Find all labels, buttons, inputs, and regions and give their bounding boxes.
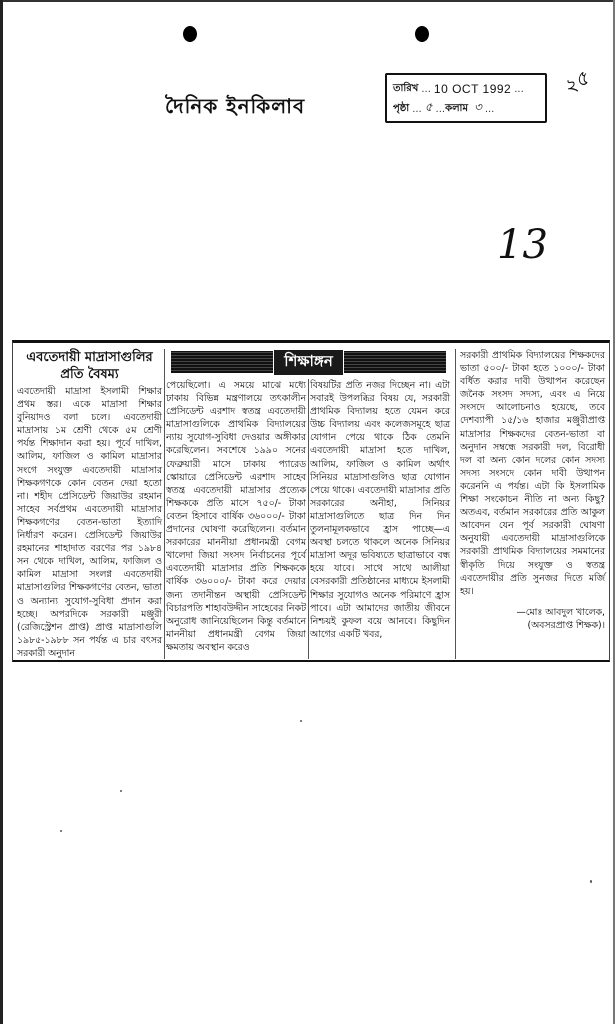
dots: ... [412,104,422,115]
dots: ... [485,104,495,115]
author-name: —মোঃ আবদুল খালেক, [460,606,605,619]
stamp-date-row: তারিখ ... 10 OCT 1992 ... [393,79,539,99]
section-banner: শিক্ষাঙ্গন [171,351,446,373]
dots: ... [514,84,524,95]
dots: ... [421,84,431,95]
stamp-date-label: তারিখ [393,81,418,98]
punch-hole-right [415,26,429,42]
scan-speck [120,790,122,792]
page-edge-top [0,0,615,2]
newspaper-masthead: দৈনিক ইনকিলাব [165,92,305,125]
article-column-3: বিষয়টির প্রতি নজর দিচ্ছেন না। এটা সবারই… [310,379,450,641]
page-edge-left [0,0,3,1024]
stamp-column-value: ৩ [474,99,482,119]
stamp-column-label: কলাম [445,101,468,118]
article-title: এবতেদায়ী মাদ্রাসাগুলির প্রতি বৈষম্য [17,349,162,383]
column-text: বিষয়টির প্রতি নজর দিচ্ছেন না। এটা সবারই… [310,379,450,641]
author-signature: —মোঃ আবদুল খালেক, (অবসরপ্রাপ্ত শিক্ষক)। [460,606,605,632]
newspaper-clipping: শিক্ষাঙ্গন এবতেদায়ী মাদ্রাসাগুলির প্রতি… [12,340,610,662]
scan-speck [60,830,62,832]
stamp-page-value: ৫ [425,99,433,119]
article-title-line-1: এবতেদায়ী মাদ্রাসাগুলির [17,349,162,366]
article-column-2: পেয়েছিলো। এ সময়ে মাঝে মধ্যে ঢাকায় বিভ… [166,379,306,654]
punch-hole-left [183,26,197,42]
column-text: এবতেদায়ী মাদ্রাসা ইসলামী শিক্ষার প্রথম … [17,385,162,660]
handwritten-page-number: 13 [497,222,548,268]
article-title-line-2: প্রতি বৈষম্য [17,366,162,383]
dots: ... [436,104,446,115]
scan-speck [300,720,302,722]
handwritten-mark: ২৫ [557,64,596,106]
column-text: সরকারী প্রাথমিক বিদ্যালয়ের শিক্ষকদের ভা… [460,349,605,598]
column-divider [455,349,456,659]
article-column-1: এবতেদায়ী মাদ্রাসাগুলির প্রতি বৈষম্য এবত… [17,349,162,660]
stamp-page-row: পৃষ্ঠা ... ৫ ... কলাম ৩ ... [393,99,539,119]
scan-speck [590,880,592,883]
article-column-4: সরকারী প্রাথমিক বিদ্যালয়ের শিক্ষকদের ভা… [460,349,605,632]
archive-stamp: তারিখ ... 10 OCT 1992 ... পৃষ্ঠা ... ৫ .… [385,73,547,123]
column-divider [164,349,165,659]
author-role: (অবসরপ্রাপ্ত শিক্ষক)। [460,619,605,632]
stamp-page-label: পৃষ্ঠা [393,101,409,118]
section-banner-label: শিক্ষাঙ্গন [273,349,344,376]
column-divider [308,379,309,659]
stamp-date-value: 10 OCT 1992 [434,82,511,96]
column-text: পেয়েছিলো। এ সময়ে মাঝে মধ্যে ঢাকায় বিভ… [166,379,306,654]
